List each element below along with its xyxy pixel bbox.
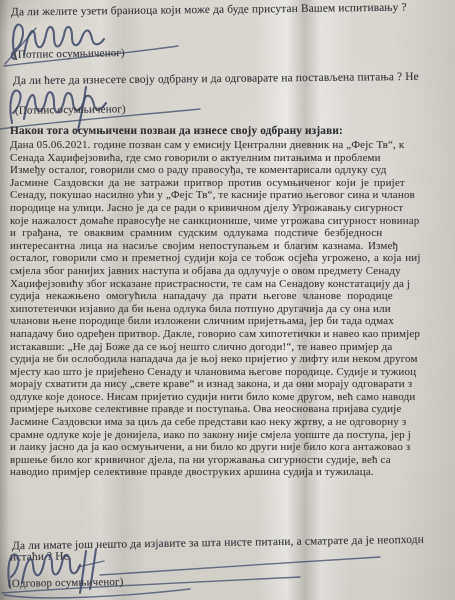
signature-3-scribble: [0, 545, 390, 599]
statement-heading: Након тога осумњичени позван да изнесе с…: [10, 125, 343, 137]
statement-line: одлуке које доносе. Нисам пријетио судиј…: [10, 391, 421, 404]
statement-line: примјере њихове селективне правде и пост…: [10, 403, 421, 416]
statement-line: чланови њене породице били изложени слич…: [10, 315, 421, 328]
statement-line: истакавши: „Не дај Боже да се њој нешто …: [10, 341, 421, 354]
statement-line: нападачу био одређен притвор. Дакле, гов…: [10, 328, 421, 341]
statement-line: и грађана, те оваквим срамним судским од…: [10, 227, 421, 240]
signature-1-scribble: [2, 15, 182, 69]
statement-line: које нажалост домаће правосуђе не санкци…: [10, 215, 421, 228]
statement-line: мјесту као што је пријећено Сенаду и чла…: [10, 366, 421, 379]
statement-line: породице на улици. Јасно је да се ради о…: [10, 202, 421, 215]
statement-line: судија не би ослободила нападача да је њ…: [10, 353, 421, 366]
statement-line: хипотетеички изјавио да би њена одлука б…: [10, 303, 421, 316]
signature-caption-2: (Потпис осумњиченог): [15, 103, 126, 117]
statement-line: морају схватити да нису „свете краве“ и …: [10, 378, 421, 391]
statement-line: Сенаду, покушао насилно ући у „Фејс Тв“,…: [10, 189, 421, 202]
statement-line: Дана 05.06.2021. године позван сам у еми…: [10, 139, 421, 152]
statement-line: Јасмине Саздовски да не затражи притвор …: [10, 177, 421, 190]
statement-line: срамне одлуке које је донијела, иако по …: [10, 429, 421, 442]
statement-line: Између осталог, говорили смо о раду прав…: [10, 164, 421, 177]
statement-line: смјела због ранијих јавних наступа и обј…: [10, 265, 421, 278]
signature-caption-3: (Одговор осумњиченог): [8, 576, 124, 590]
statement-paragraph: Дана 05.06.2021. године позван сам у еми…: [10, 139, 421, 479]
statement-line: Хаџифејзовићу због исказане пристрасност…: [10, 278, 421, 291]
statement-line: наводио примјер селективне правде двостр…: [10, 466, 421, 479]
document-photo: Да ли желите узети браниоца који може да…: [0, 0, 455, 600]
statement-line: судија некажњено омогућила нападачу да п…: [10, 290, 421, 303]
statement-line: Јасмине Саздовски има за циљ да себе пре…: [10, 416, 421, 429]
statement-line: интересантна лица на насиље својим непос…: [10, 240, 421, 253]
statement-line: вршење било ког кривичног дјела, па ни у…: [10, 454, 421, 467]
statement-line: и лаику јасно да ја као осмуњичени, а ни…: [10, 441, 421, 454]
signature-caption-1: (Потпис осумњиченог): [14, 47, 125, 61]
statement-line: Сенада Хаџифејзовића, где смо говорили о…: [10, 152, 421, 165]
statement-line: осталог, говорили смо и преметној судији…: [10, 252, 421, 265]
